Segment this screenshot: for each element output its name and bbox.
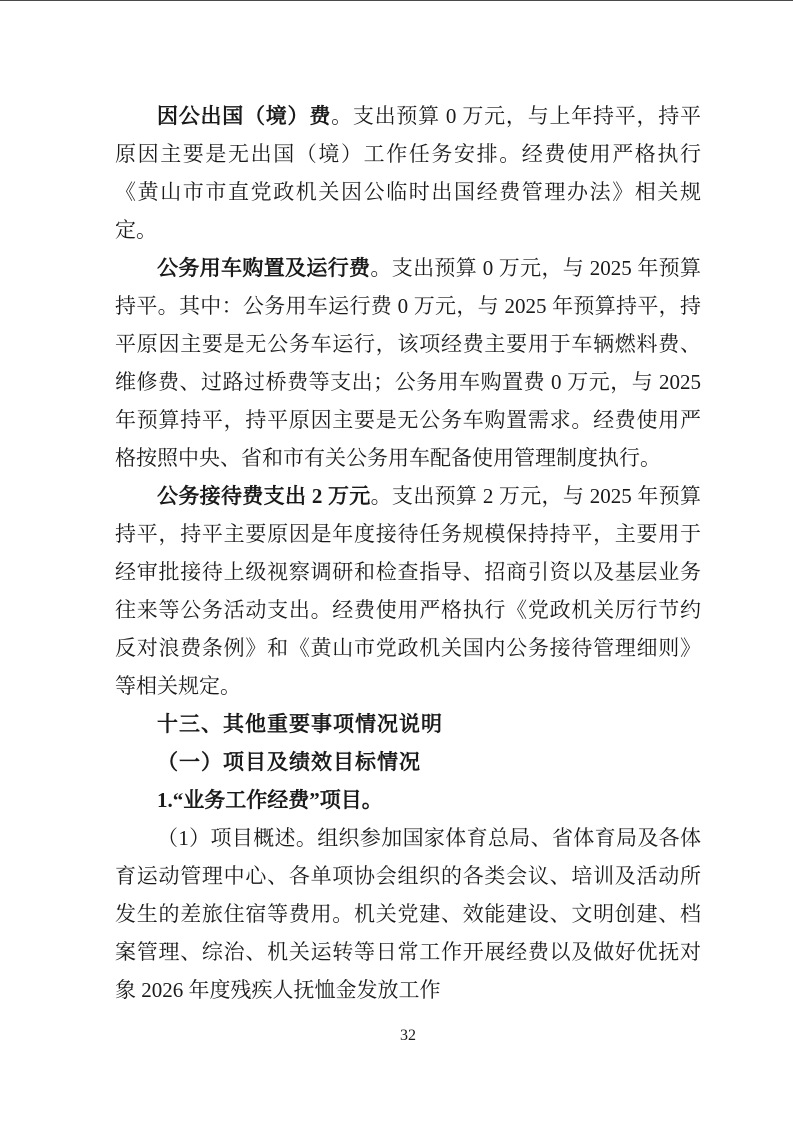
paragraph-official-reception-expense: 公务接待费支出 2 万元。支出预算 2 万元，与 2025 年预算持平，持平主要…: [115, 477, 701, 705]
paragraph-overseas-travel-expense: 因公出国（境）费。支出预算 0 万元，与上年持平，持平原因主要是无出国（境）工作…: [115, 97, 701, 249]
paragraph-official-vehicle-expense: 公务用车购置及运行费。支出预算 0 万元，与 2025 年预算持平。其中：公务用…: [115, 249, 701, 477]
scan-edge-line: [0, 0, 793, 1]
document-content: 因公出国（境）费。支出预算 0 万元，与上年持平，持平原因主要是无出国（境）工作…: [115, 97, 701, 1009]
paragraph-text-official-vehicle: 。支出预算 0 万元，与 2025 年预算持平。其中：公务用车运行费 0 万元，…: [115, 256, 701, 470]
paragraph-lead-official-vehicle: 公务用车购置及运行费: [157, 256, 370, 280]
paragraph-text-official-reception: 。支出预算 2 万元，与 2025 年预算持平，持平主要原因是年度接待任务规模保…: [115, 484, 701, 698]
section-heading-other-important-matters: 十三、其他重要事项情况说明: [115, 705, 701, 743]
paragraph-lead-overseas-travel: 因公出国（境）费: [157, 104, 331, 128]
subsection-heading-project-performance: （一）项目及绩效目标情况: [115, 743, 701, 781]
paragraph-lead-official-reception: 公务接待费支出 2 万元: [157, 484, 371, 508]
document-page: 因公出国（境）费。支出预算 0 万元，与上年持平，持平原因主要是无出国（境）工作…: [0, 0, 793, 1122]
item-heading-business-work-funds: 1.“业务工作经费”项目。: [115, 781, 701, 819]
page-number: 32: [115, 1026, 701, 1046]
paragraph-project-overview: （1）项目概述。组织参加国家体育总局、省体育局及各体育运动管理中心、各单项协会组…: [115, 819, 701, 1009]
